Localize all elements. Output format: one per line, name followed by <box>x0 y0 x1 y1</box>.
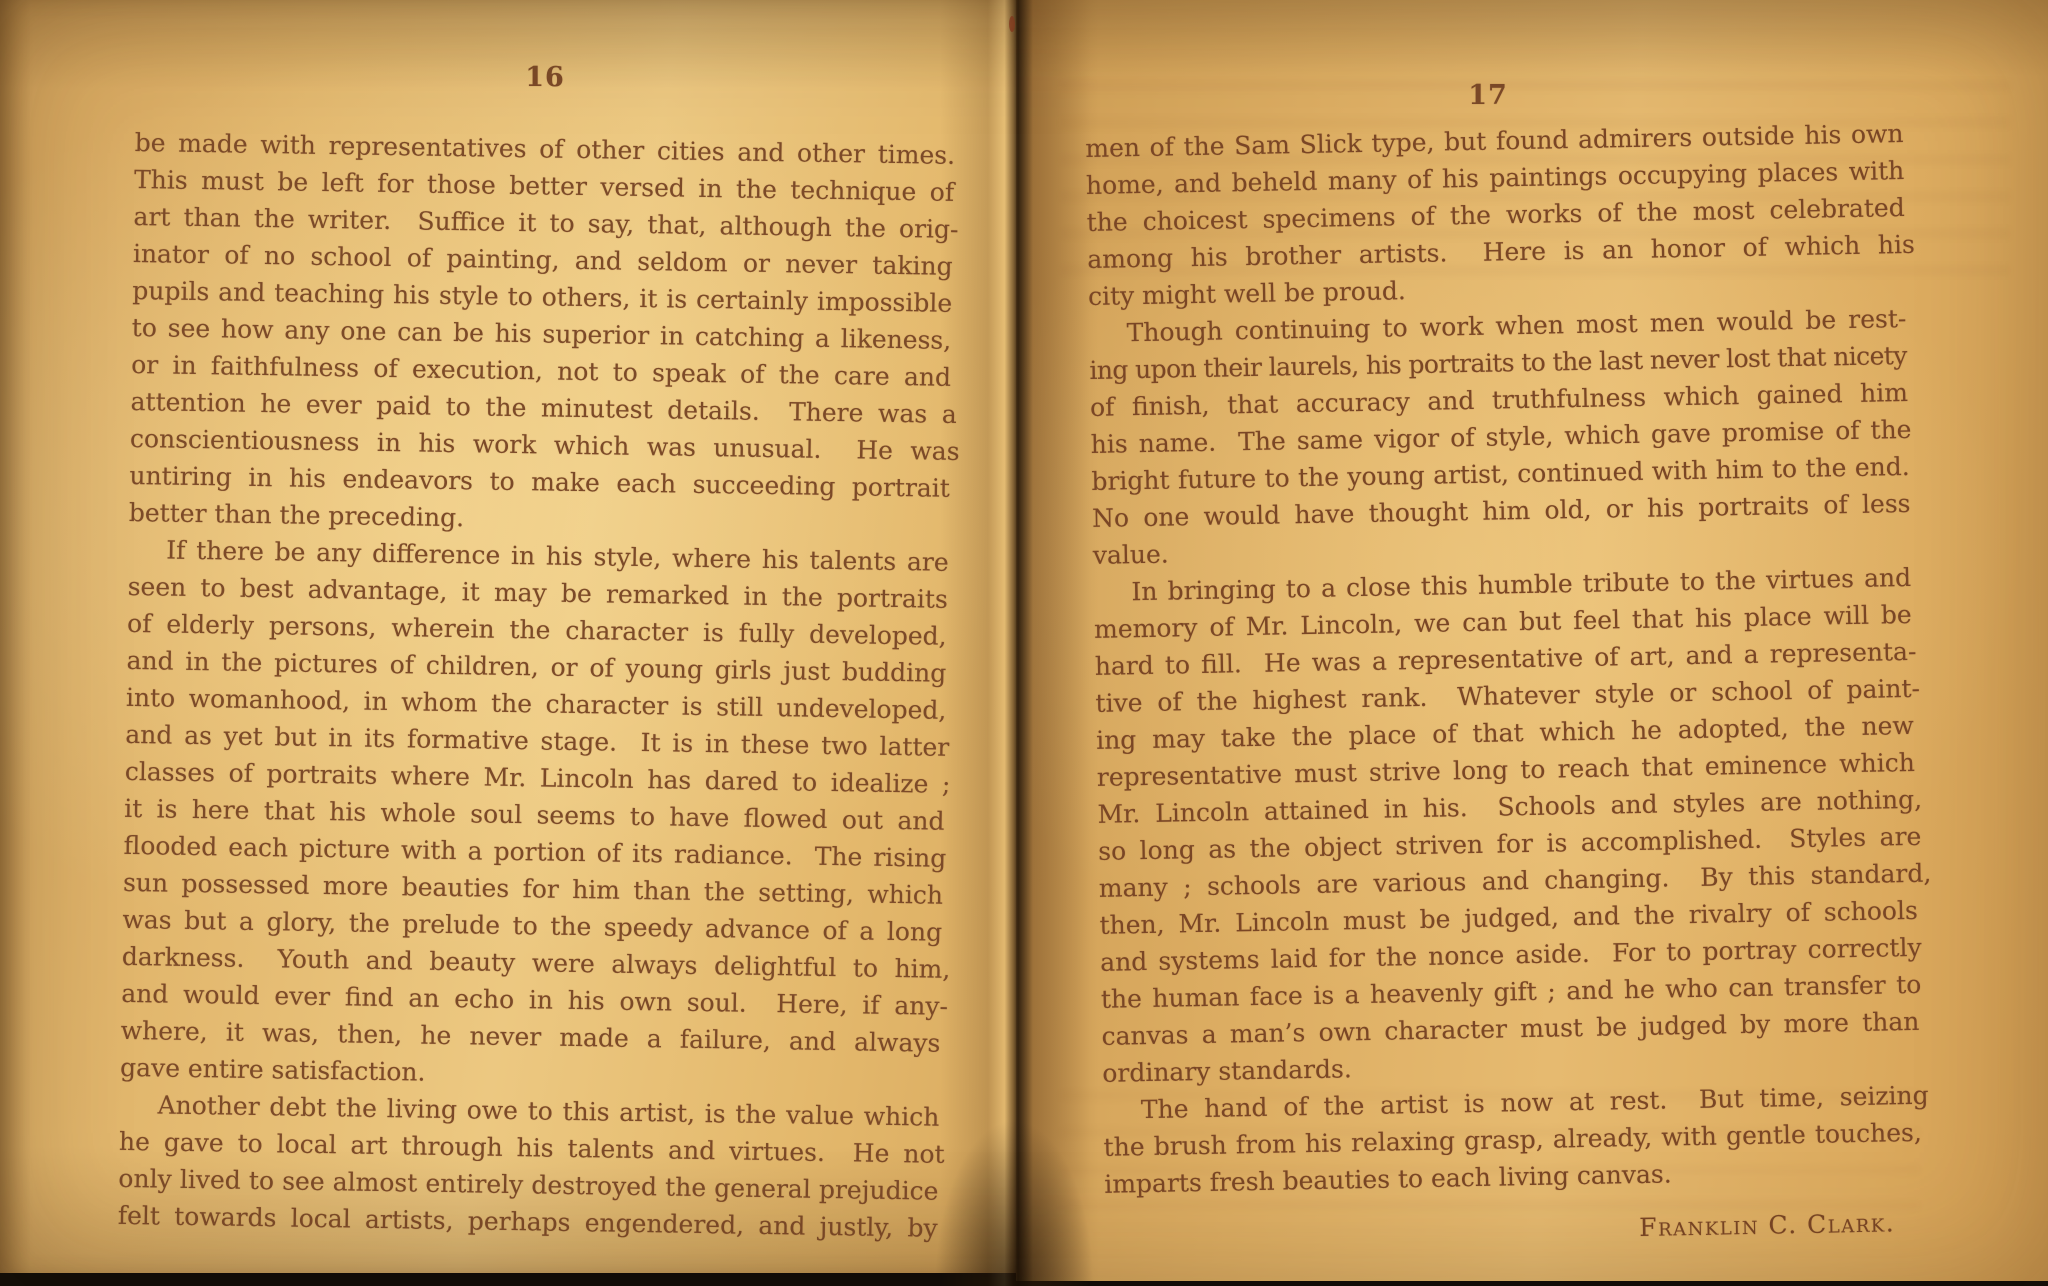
text-block-left: be made with representatives of other ci… <box>118 124 955 1247</box>
page-number-right: 17 <box>1443 80 1533 111</box>
page-number-left: 16 <box>500 62 590 93</box>
text-block-right: men of the Sam Slick type, but found adm… <box>1085 115 1923 1256</box>
text-line-content: value. <box>1092 536 1169 574</box>
text-line-content: gave entire satisfaction. <box>120 1049 426 1091</box>
book-photograph: 16 17 be made with representatives of ot… <box>0 0 2048 1286</box>
text-line-content: better than the preceding. <box>129 494 465 536</box>
text-line-content: ordinary standards. <box>1102 1050 1352 1092</box>
text-line-content: Franklin C. Clark. <box>1639 1204 1896 1246</box>
text-line-content: city might well be proud. <box>1088 272 1406 315</box>
